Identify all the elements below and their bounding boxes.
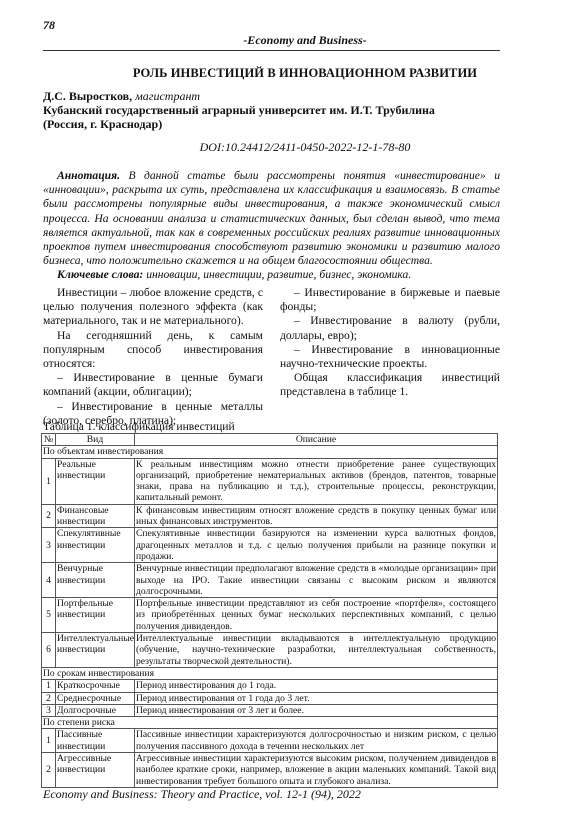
table-row: 2Агрессивные инвестицииАгрессивные инвес… <box>42 753 498 788</box>
table-row: 3Спекулятивные инвестицииСпекулятивные и… <box>42 528 498 563</box>
table-body: По объектам инвестирования1Реальные инве… <box>42 446 498 788</box>
abstract-text: В данной статье были рассмотрены понятия… <box>43 169 500 267</box>
body-paragraph: – Инвестирование в биржевые и паевые фон… <box>280 286 500 314</box>
keywords-label: Ключевые слова: <box>57 268 143 281</box>
row-number: 6 <box>42 633 56 668</box>
row-number: 5 <box>42 598 56 633</box>
table-row: 1КраткосрочныеПериод инвестирования до 1… <box>42 680 498 692</box>
keywords-text: инновации, инвестиции, развитие, бизнес,… <box>146 268 411 281</box>
table-section-row: По срокам инвестирования <box>42 667 498 679</box>
table-row: 2СреднесрочныеПериод инвестирования от 1… <box>42 692 498 704</box>
row-number: 3 <box>42 704 56 716</box>
page-number: 78 <box>43 18 55 33</box>
row-number: 3 <box>42 528 56 563</box>
row-kind: Среднесрочные <box>56 692 135 704</box>
row-description: Период инвестирования от 3 лет и более. <box>135 704 498 716</box>
body-paragraph: – Инвестирование в инновационные научно-… <box>280 343 500 371</box>
row-kind: Интеллектуальные инвестиции <box>56 633 135 668</box>
row-number: 1 <box>42 458 56 504</box>
table-row: 2Финансовые инвестицииК финансовым инвес… <box>42 504 498 528</box>
row-kind: Пассивные инвестиции <box>56 729 135 753</box>
row-number: 1 <box>42 729 56 753</box>
header-rule <box>43 50 500 51</box>
table-row: 3ДолгосрочныеПериод инвестирования от 3 … <box>42 704 498 716</box>
row-kind: Реальные инвестиции <box>56 458 135 504</box>
table-header-row: № Вид Описание <box>42 434 498 446</box>
row-number: 2 <box>42 692 56 704</box>
table-section-row: По объектам инвестирования <box>42 446 498 458</box>
table-section-title: По срокам инвестирования <box>42 667 498 679</box>
running-head: -Economy and Business- <box>0 33 580 48</box>
affiliation: Кубанский государственный аграрный униве… <box>43 103 435 117</box>
column-header-kind: Вид <box>56 434 135 446</box>
body-paragraph: – Инвестирование в ценные бумаги компани… <box>43 371 263 399</box>
table-row: 1Реальные инвестицииК реальным инвестици… <box>42 458 498 504</box>
body-paragraph: На сегодняшний день, к самым популярным … <box>43 329 263 372</box>
abstract-label: Аннотация. <box>57 169 120 182</box>
body-paragraph: – Инвестирование в валюту (рубли, доллар… <box>280 314 500 342</box>
row-number: 2 <box>42 504 56 528</box>
row-kind: Венчурные инвестиции <box>56 563 135 598</box>
author-name: Д.С. Выростков, <box>43 89 132 103</box>
footer-citation: Economy and Business: Theory and Practic… <box>43 787 361 802</box>
table-section-row: По степени риска <box>42 717 498 729</box>
row-kind: Долгосрочные <box>56 704 135 716</box>
column-header-description: Описание <box>135 434 498 446</box>
row-kind: Финансовые инвестиции <box>56 504 135 528</box>
table-section-title: По степени риска <box>42 717 498 729</box>
row-description: Период инвестирования от 1 года до 3 лет… <box>135 692 498 704</box>
table-row: 5Портфельные инвестицииПортфельные инвес… <box>42 598 498 633</box>
table-caption: Таблица 1. классификация инвестиций <box>43 420 235 433</box>
location: (Россия, г. Краснодар) <box>43 117 435 131</box>
keywords-paragraph: Ключевые слова: инновации, инвестиции, р… <box>43 268 500 282</box>
body-paragraph: Инвестиции – любое вложение средств, с ц… <box>43 286 263 329</box>
table-section-title: По объектам инвестирования <box>42 446 498 458</box>
row-description: Спекулятивные инвестиции базируются на и… <box>135 528 498 563</box>
row-number: 4 <box>42 563 56 598</box>
column-header-number: № <box>42 434 56 446</box>
body-paragraph: Общая классификация инвестиций представл… <box>280 371 500 399</box>
classification-table: № Вид Описание По объектам инвестировани… <box>41 433 498 788</box>
table-row: 6Интеллектуальные инвестицииИнтеллектуал… <box>42 633 498 668</box>
row-kind: Агрессивные инвестиции <box>56 753 135 788</box>
row-description: К финансовым инвестициям относят вложени… <box>135 504 498 528</box>
row-kind: Портфельные инвестиции <box>56 598 135 633</box>
row-description: Агрессивные инвестиции характеризуются в… <box>135 753 498 788</box>
row-description: К реальным инвестициям можно отнести при… <box>135 458 498 504</box>
row-kind: Краткосрочные <box>56 680 135 692</box>
row-number: 2 <box>42 753 56 788</box>
author-role: магистрант <box>135 89 200 103</box>
row-description: Портфельные инвестиции представляют из с… <box>135 598 498 633</box>
table-row: 1Пассивные инвестицииПассивные инвестици… <box>42 729 498 753</box>
author-block: Д.С. Выростков, магистрант Кубанский гос… <box>43 89 435 131</box>
article-title: РОЛЬ ИНВЕСТИЦИЙ В ИННОВАЦИОННОМ РАЗВИТИИ <box>0 66 580 81</box>
body-column-right: – Инвестирование в биржевые и паевые фон… <box>280 286 500 400</box>
doi[interactable]: DOI:10.24412/2411-0450-2022-12-1-78-80 <box>0 140 580 155</box>
row-description: Период инвестирования до 1 года. <box>135 680 498 692</box>
abstract: Аннотация. В данной статье были рассмотр… <box>43 169 500 283</box>
row-description: Пассивные инвестиции характеризуются дол… <box>135 729 498 753</box>
row-number: 1 <box>42 680 56 692</box>
row-description: Венчурные инвестиции предполагают вложен… <box>135 563 498 598</box>
body-column-left: Инвестиции – любое вложение средств, с ц… <box>43 286 263 428</box>
abstract-paragraph: Аннотация. В данной статье были рассмотр… <box>43 169 500 268</box>
table-row: 4Венчурные инвестицииВенчурные инвестици… <box>42 563 498 598</box>
row-kind: Спекулятивные инвестиции <box>56 528 135 563</box>
row-description: Интеллектуальные инвестиции вкладываются… <box>135 633 498 668</box>
